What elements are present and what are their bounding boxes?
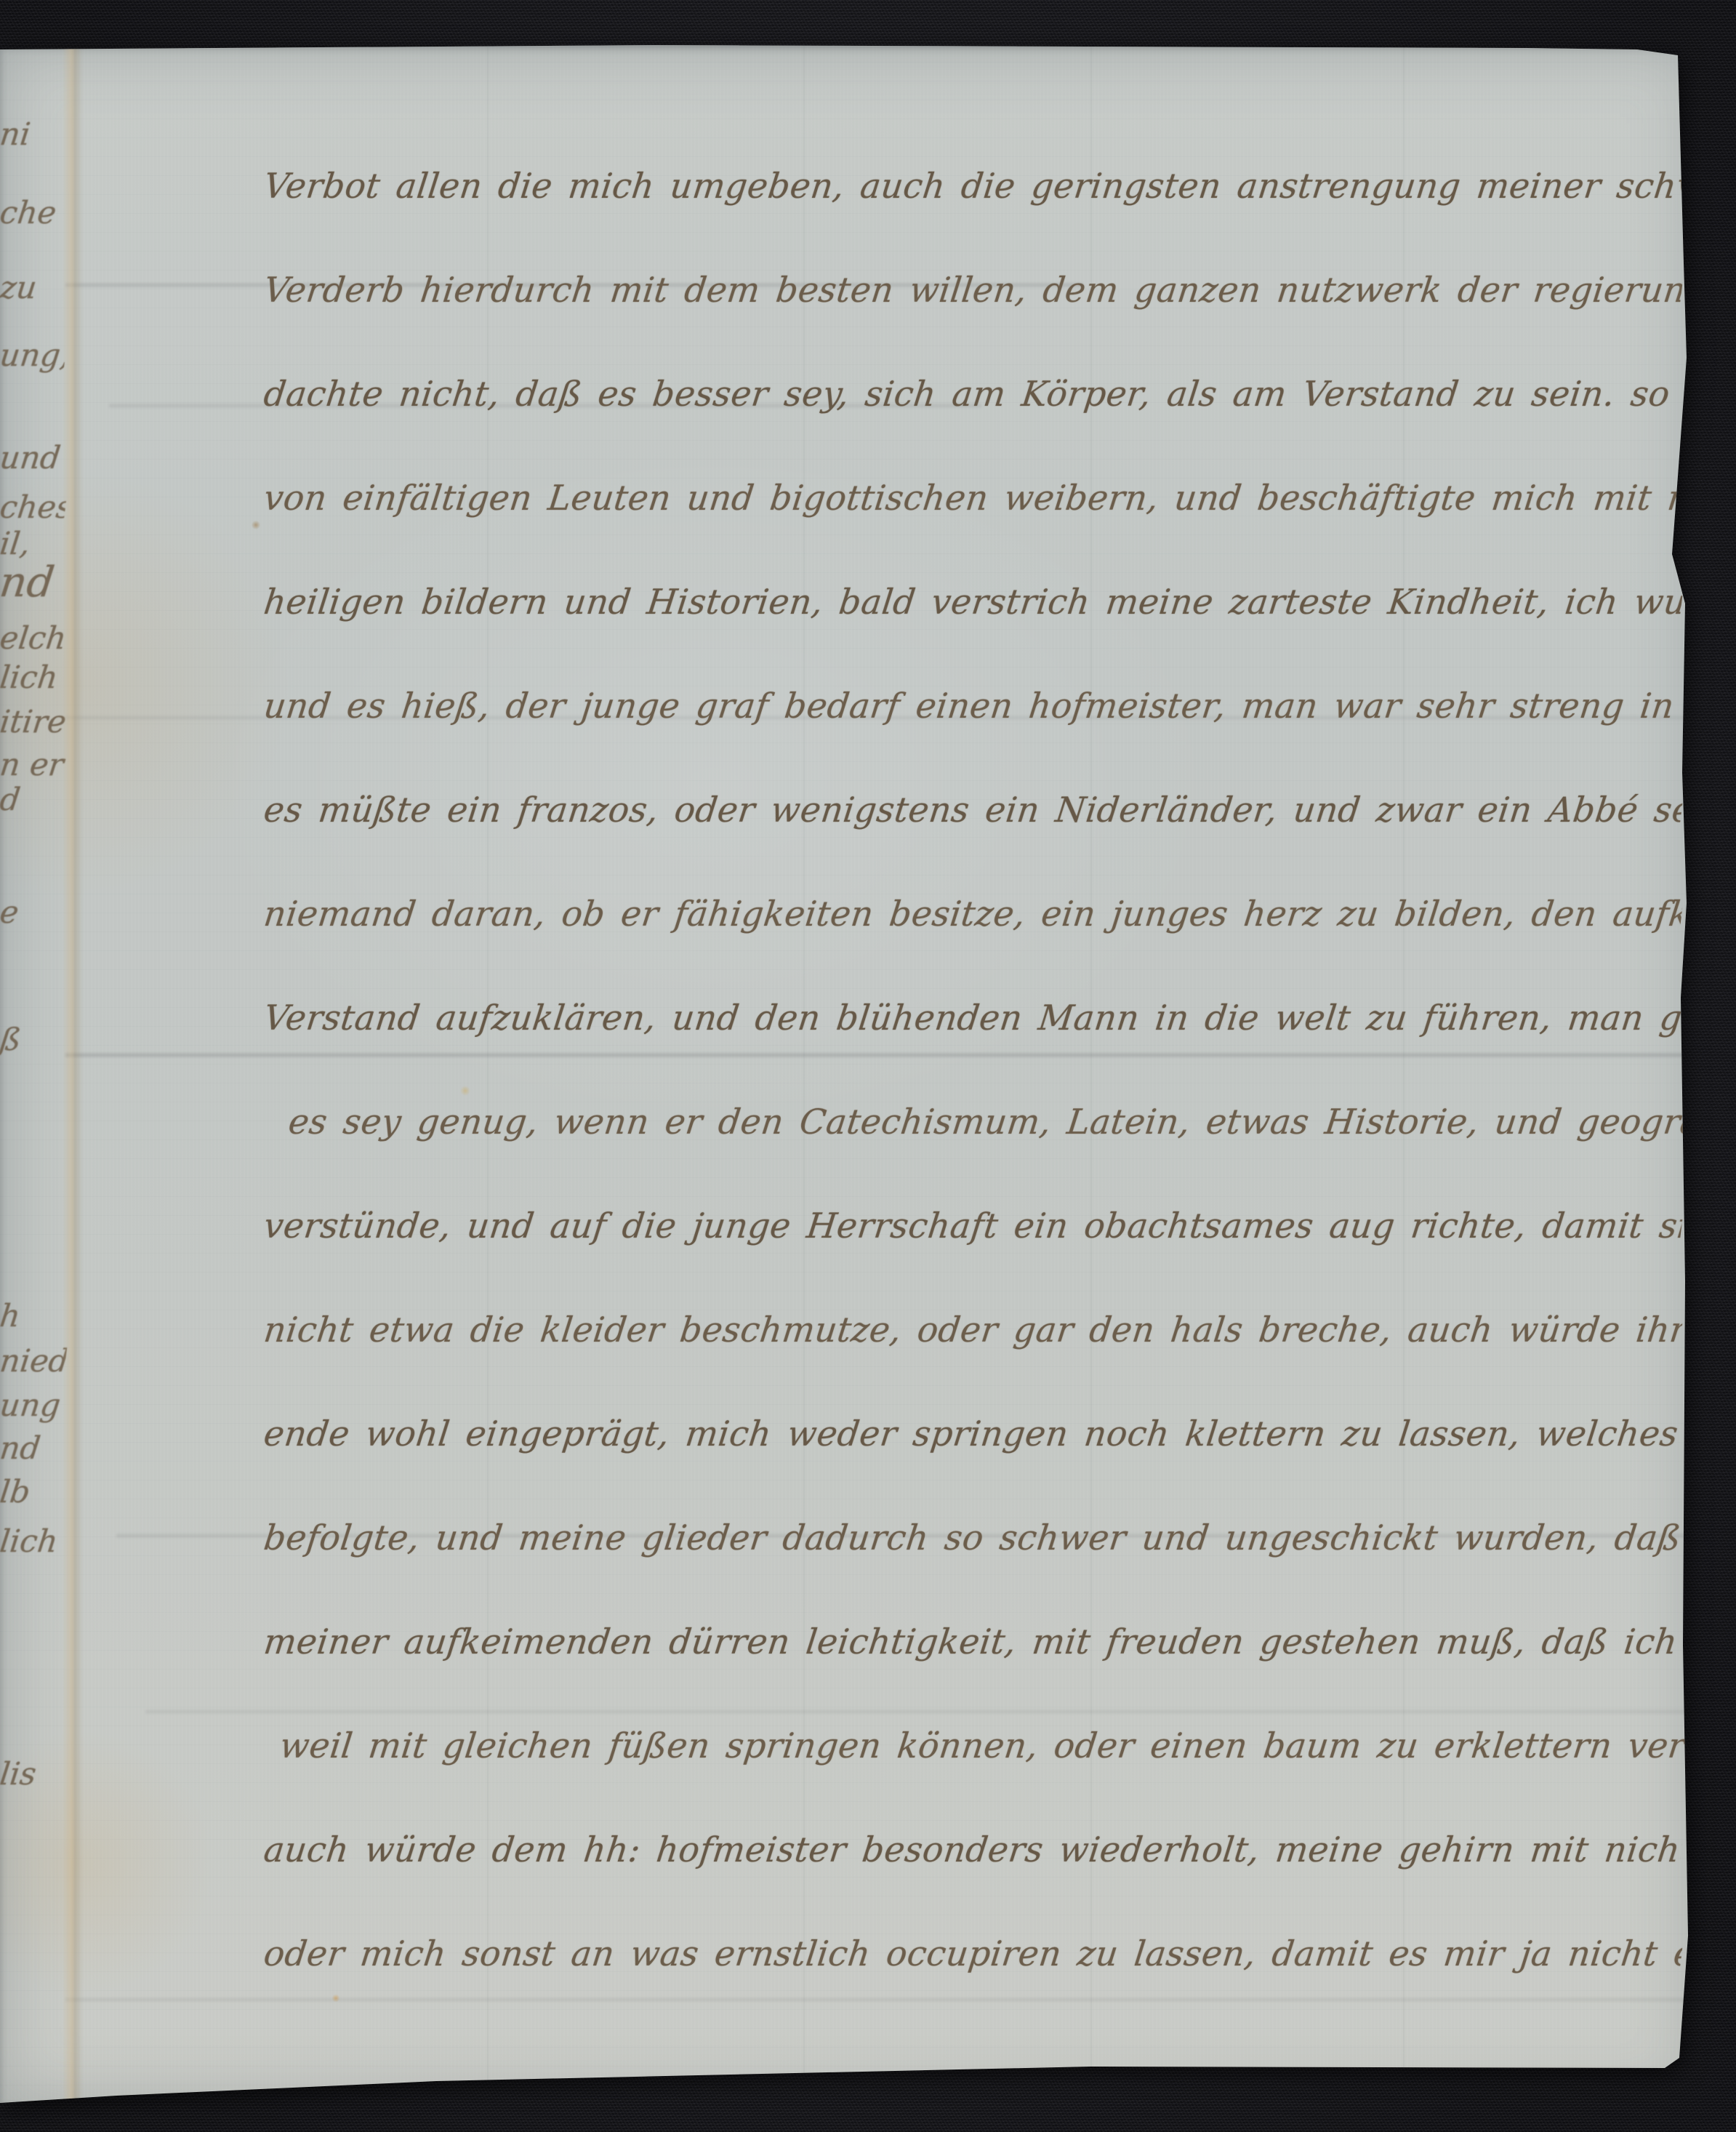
facing-line-fragment: lich [0,1516,68,1567]
paper-chain-line [803,45,805,2101]
paper-chain-line [487,45,489,2101]
paper-chain-line [1090,45,1092,2101]
facing-line-fragment: che [0,188,68,239]
handwriting-line: dachte nicht, daß es besser sey, sich am… [260,364,1685,425]
vertical-fold-crease [63,45,83,2101]
horizontal-crease [65,1052,1687,1058]
facing-line-fragment: e [0,887,68,938]
handwriting-line: es sey genug, wenn er den Catechismum, L… [285,1092,1710,1153]
handwriting-line: von einfältigen Leuten und bigottischen … [260,468,1685,529]
handwriting-line: befolgte, und meine glieder dadurch so s… [260,1508,1685,1569]
letter-sheet: ni che zu ung, und ches il, nd elche lic… [0,45,1698,2104]
handwriting-line: Verbot allen die mich umgeben, auch die … [260,156,1685,217]
facing-line-fragment: zu [0,263,68,313]
facing-line-fragment: lich [0,652,68,703]
horizontal-crease [65,1997,1687,2003]
facing-line-fragment: ung, [0,330,68,381]
handwriting-line: niemand daran, ob er fähigkeiten besitze… [260,884,1685,945]
handwriting-line: weil mit gleichen füßen springen können,… [276,1716,1701,1777]
handwriting-line: heiligen bildern und Historien, bald ver… [260,572,1685,633]
handwriting-line: auch würde dem hh: hofmeister besonders … [260,1820,1685,1881]
facing-line-fragment: ß [0,1014,68,1065]
right-edge-fold-highlight [1684,502,1695,611]
handwriting-line: meiner aufkeimenden dürren leichtigkeit,… [260,1612,1685,1673]
facing-line-fragment: lb [0,1467,68,1518]
paper-chain-line [1403,45,1405,2101]
handwriting-line: und es hieß, der junge graf bedarf einen… [260,676,1685,737]
handwriting-line: nicht etwa die kleider beschmutze, oder … [260,1300,1685,1361]
handwriting-line: Verderb hierdurch mit dem besten willen,… [260,260,1685,321]
handwriting-line: ende wohl eingeprägt, mich weder springe… [260,1404,1685,1465]
facing-line-fragment: h [0,1291,68,1342]
facing-line-fragment: nd [0,556,68,607]
handwriting-line: Verstand aufzuklären, und den blühenden … [260,988,1685,1049]
handwriting-line: oder mich sonst an was ernstlich occupir… [260,1924,1685,1985]
horizontal-crease [145,1709,1687,1715]
facing-line-fragment: und [0,433,68,484]
facing-line-fragment: lis [0,1749,68,1800]
handwriting-line: verstünde, und auf die junge Herrschaft … [260,1196,1685,1257]
facing-line-fragment: d [0,774,68,825]
facing-line-fragment: nied [0,1336,68,1387]
handwriting-line: es müßte ein franzos, oder wenigstens ei… [260,780,1685,841]
manuscript-scan-page: { "document": { "description": "Scanned … [0,0,1736,2132]
letter-sheet-wrapper: ni che zu ung, und ches il, nd elche lic… [0,45,1698,2104]
facing-line-fragment: ni [0,109,68,160]
